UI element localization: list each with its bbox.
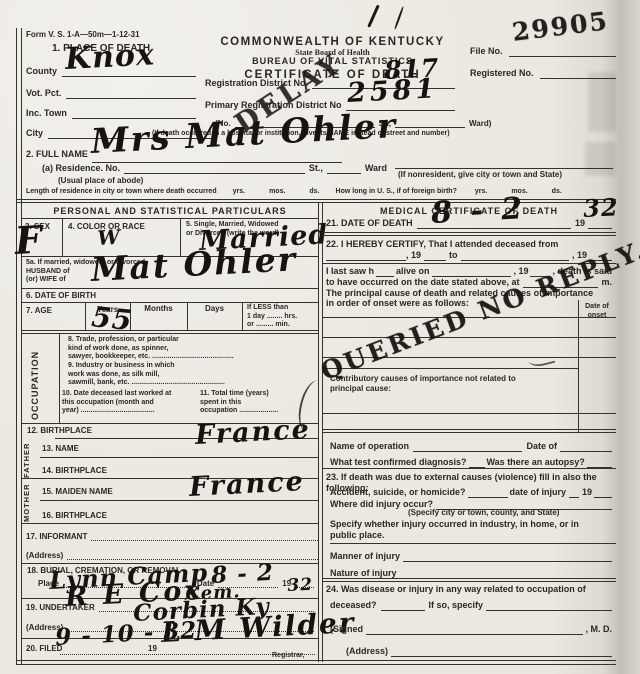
left-border-outer bbox=[16, 28, 17, 664]
header-rule-2 bbox=[16, 202, 616, 203]
operation-label: Name of operation bbox=[330, 441, 409, 452]
q24-specify-label: If so, specify bbox=[429, 600, 484, 611]
informant-blank bbox=[91, 531, 318, 541]
death-certificate-scan: Form V. S. 1-A—50m—1-12-31 COMMONWEALTH … bbox=[0, 0, 640, 674]
death-year-value: 32 bbox=[582, 192, 619, 223]
vot-pct-blank bbox=[66, 89, 196, 99]
row5a-rule bbox=[21, 288, 318, 289]
bleed-through-artifact bbox=[588, 72, 616, 132]
last-saw-blank1 bbox=[376, 267, 394, 277]
certify-19a: , 19 bbox=[406, 250, 421, 261]
column-divider-1 bbox=[318, 202, 319, 662]
cause-line-6 bbox=[322, 429, 616, 430]
occurred-text: to have occurred on the date stated abov… bbox=[326, 277, 520, 288]
last-saw-a: I last saw h bbox=[326, 266, 374, 277]
residence-st: St., bbox=[309, 163, 323, 174]
md-address-row: (Address) bbox=[346, 646, 612, 657]
birthplace12-value: France bbox=[194, 414, 311, 451]
file-no-label: File No. bbox=[470, 46, 503, 57]
nature-row: Nature of injury bbox=[330, 568, 612, 579]
occupation-top-rule-2 bbox=[21, 333, 318, 334]
manner-blank bbox=[403, 552, 612, 562]
accident-row: Accident, suicide, or homicide? date of … bbox=[330, 487, 612, 498]
row6-rule bbox=[21, 302, 318, 303]
q24-deceased-label: deceased? bbox=[330, 600, 377, 611]
vot-pct-row: Vot. Pct. bbox=[26, 88, 196, 99]
injury-date-label: date of injury bbox=[510, 487, 567, 498]
autopsy-row: What test confirmed diagnosis? Was there… bbox=[330, 457, 612, 468]
date-of-death-label: 21. DATE OF DEATH bbox=[326, 218, 413, 229]
full-name-label: 2. FULL NAME bbox=[26, 149, 88, 160]
maiden15-rule bbox=[40, 500, 318, 501]
birthplace16-rule bbox=[21, 523, 318, 524]
certify-to-blank bbox=[461, 251, 569, 261]
occupation-top-rule-1 bbox=[21, 330, 318, 331]
registered-no-row: Registered No. bbox=[470, 68, 616, 79]
pen-check-icon bbox=[527, 349, 556, 369]
nature-label: Nature of injury bbox=[330, 568, 397, 579]
occupation-item-8: 8. Trade, profession, or particular kind… bbox=[68, 336, 314, 362]
rule-under-21 bbox=[322, 232, 616, 233]
primary-district-value: 2581 bbox=[346, 73, 439, 109]
injury-date-blank bbox=[569, 488, 579, 498]
date-of-death-value: 8 - 2 bbox=[430, 191, 527, 231]
cause-line-5 bbox=[322, 413, 616, 414]
county-value: Knox bbox=[64, 37, 155, 77]
operation-date-blank bbox=[560, 442, 612, 452]
injury-19-blank bbox=[594, 488, 612, 498]
file-no-row: File No. bbox=[470, 46, 616, 57]
registered-no-blank bbox=[540, 69, 616, 79]
where-note: (Specify city or town, county, and State… bbox=[408, 508, 559, 518]
length-mos: mos. bbox=[269, 188, 285, 197]
age-months-header: Months bbox=[130, 304, 187, 314]
cause-line-7 bbox=[322, 432, 616, 433]
signed-blank bbox=[366, 625, 583, 635]
registration-district-label: Registration District No. bbox=[205, 78, 308, 89]
cause-line-2 bbox=[322, 337, 616, 338]
contributory-label: Contributory causes of importance not re… bbox=[330, 374, 580, 393]
rule-under-21b bbox=[322, 235, 616, 236]
residence-ward: Ward bbox=[365, 163, 387, 174]
age-years-value: 55 bbox=[90, 300, 134, 337]
length-ds: ds. bbox=[309, 188, 319, 197]
manner-row: Manner of injury bbox=[330, 551, 612, 562]
informant-address-label: (Address) bbox=[26, 551, 63, 561]
q24-deceased-blank bbox=[381, 601, 425, 611]
serial-number-stamp: 29905 bbox=[511, 6, 611, 47]
accident-blank bbox=[468, 488, 508, 498]
injury-19: 19 bbox=[582, 487, 592, 498]
manner-label: Manner of injury bbox=[330, 551, 400, 562]
burial-date-value: 8 - 2 bbox=[211, 559, 275, 589]
birthplace16-label: 16. BIRTHPLACE bbox=[42, 511, 107, 521]
autopsy-blank bbox=[587, 458, 612, 468]
q24-specify-blank bbox=[486, 601, 612, 611]
last-saw-c: , 19 bbox=[513, 266, 528, 277]
residence-st-blank bbox=[327, 164, 361, 174]
length-label: Length of residence in city or town wher… bbox=[26, 188, 217, 197]
ward-hint: Ward) bbox=[469, 119, 491, 129]
age-divider-4 bbox=[242, 302, 243, 330]
certify-text: 22. I HEREBY CERTIFY, That I attended de… bbox=[326, 239, 614, 250]
test-blank bbox=[469, 458, 485, 468]
age-label: 7. AGE bbox=[26, 306, 52, 316]
q24-line1: 24. Was disease or injury in any way rel… bbox=[326, 584, 616, 595]
birthplace12-label: 12. BIRTHPLACE bbox=[27, 426, 92, 436]
county-label: County bbox=[26, 66, 57, 77]
pen-mark-icon bbox=[367, 5, 379, 28]
md-address-blank bbox=[391, 647, 612, 657]
cell-divider-sex-color bbox=[62, 218, 63, 256]
occupation-strip-divider bbox=[59, 333, 60, 423]
occupation-item-11: 11. Total time (years) spent in this occ… bbox=[200, 390, 314, 416]
specify-note: Specify whether injury occurred in indus… bbox=[330, 519, 612, 540]
foreign-ds: ds. bbox=[552, 188, 562, 197]
filed-blank bbox=[60, 646, 315, 655]
color-value: W bbox=[97, 225, 122, 250]
personal-heading-rule bbox=[21, 218, 318, 219]
test-label: What test confirmed diagnosis? bbox=[330, 457, 467, 468]
registered-no-label: Registered No. bbox=[470, 68, 534, 79]
rule-under-nature-1 bbox=[322, 578, 616, 579]
maiden15-label: 15. MAIDEN NAME bbox=[42, 487, 113, 497]
occupation-item-9: 9. Industry or business in which work wa… bbox=[68, 362, 314, 388]
length-yrs: yrs. bbox=[233, 188, 245, 197]
md-label: , M. D. bbox=[586, 624, 613, 635]
age-days-header: Days bbox=[187, 304, 242, 314]
residence-row: (a) Residence. No. St., Ward bbox=[42, 163, 387, 174]
nonresident-blank bbox=[395, 168, 613, 169]
header-rule-1 bbox=[16, 199, 616, 200]
certify-from-blank bbox=[326, 251, 406, 261]
last-saw-blank2 bbox=[432, 267, 512, 277]
md-address-label: (Address) bbox=[346, 646, 388, 657]
personal-section-heading: PERSONAL AND STATISTICAL PARTICULARS bbox=[22, 206, 318, 217]
rule-under-nature-2 bbox=[322, 581, 616, 582]
rule-under-specify bbox=[330, 543, 616, 544]
name13-label: 13. NAME bbox=[42, 444, 79, 454]
pen-mark-icon bbox=[394, 6, 404, 29]
signed-row: (Signed , M. D. bbox=[330, 624, 612, 635]
birthplace14-label: 14. BIRTHPLACE bbox=[42, 466, 107, 476]
accident-label: Accident, suicide, or homicide? bbox=[330, 487, 466, 498]
dob-label: 6. DATE OF BIRTH bbox=[26, 291, 96, 301]
operation-row: Name of operation Date of bbox=[330, 441, 612, 452]
occupation-item-10: 10. Date deceased last worked at this oc… bbox=[62, 390, 197, 416]
bottom-border-inner bbox=[16, 664, 616, 665]
abode-note: (Usual place of abode) bbox=[58, 176, 143, 186]
operation-date-label: Date of bbox=[526, 441, 557, 452]
nonresident-note: (If nonresident, give city or town and S… bbox=[398, 170, 618, 180]
ward-no-blank bbox=[395, 118, 465, 128]
file-no-blank bbox=[509, 47, 616, 57]
rule-under-autopsy bbox=[322, 468, 616, 469]
bottom-border-outer bbox=[16, 660, 616, 661]
left-border-inner bbox=[21, 28, 22, 664]
certify-19a-blank bbox=[424, 251, 446, 261]
residence-length-row: Length of residence in city or town wher… bbox=[26, 188, 616, 197]
nature-blank bbox=[400, 569, 612, 579]
maiden15-value: France bbox=[188, 466, 305, 503]
certify-dates-row: , 19 to , 19 bbox=[326, 250, 612, 261]
father-side-label: FATHER bbox=[22, 440, 32, 478]
age-less-note: If LESS than 1 day ........ hrs. or ....… bbox=[247, 304, 317, 330]
q24-line2: deceased? If so, specify bbox=[330, 600, 612, 611]
mother-side-label: MOTHER bbox=[22, 482, 32, 522]
occupation-side-label: OCCUPATION bbox=[30, 338, 41, 420]
signed-label: (Signed bbox=[330, 624, 363, 635]
certify-to: to bbox=[449, 250, 458, 261]
autopsy-label: Was there an autopsy? bbox=[487, 457, 585, 468]
informant-row: 17. INFORMANT bbox=[26, 531, 318, 541]
burial-year-value: 32 bbox=[287, 575, 314, 596]
last-saw-b: alive on bbox=[396, 266, 430, 277]
residence-label: (a) Residence. No. bbox=[42, 163, 120, 174]
operation-blank bbox=[413, 442, 522, 452]
informant-label: 17. INFORMANT bbox=[26, 532, 87, 542]
city-label: City bbox=[26, 128, 43, 139]
inc-town-label: Inc. Town bbox=[26, 108, 67, 119]
residence-no-blank bbox=[124, 164, 305, 174]
name13-rule bbox=[40, 457, 318, 458]
vot-pct-label: Vot. Pct. bbox=[26, 88, 61, 99]
informant-address-row: (Address) bbox=[26, 550, 318, 560]
